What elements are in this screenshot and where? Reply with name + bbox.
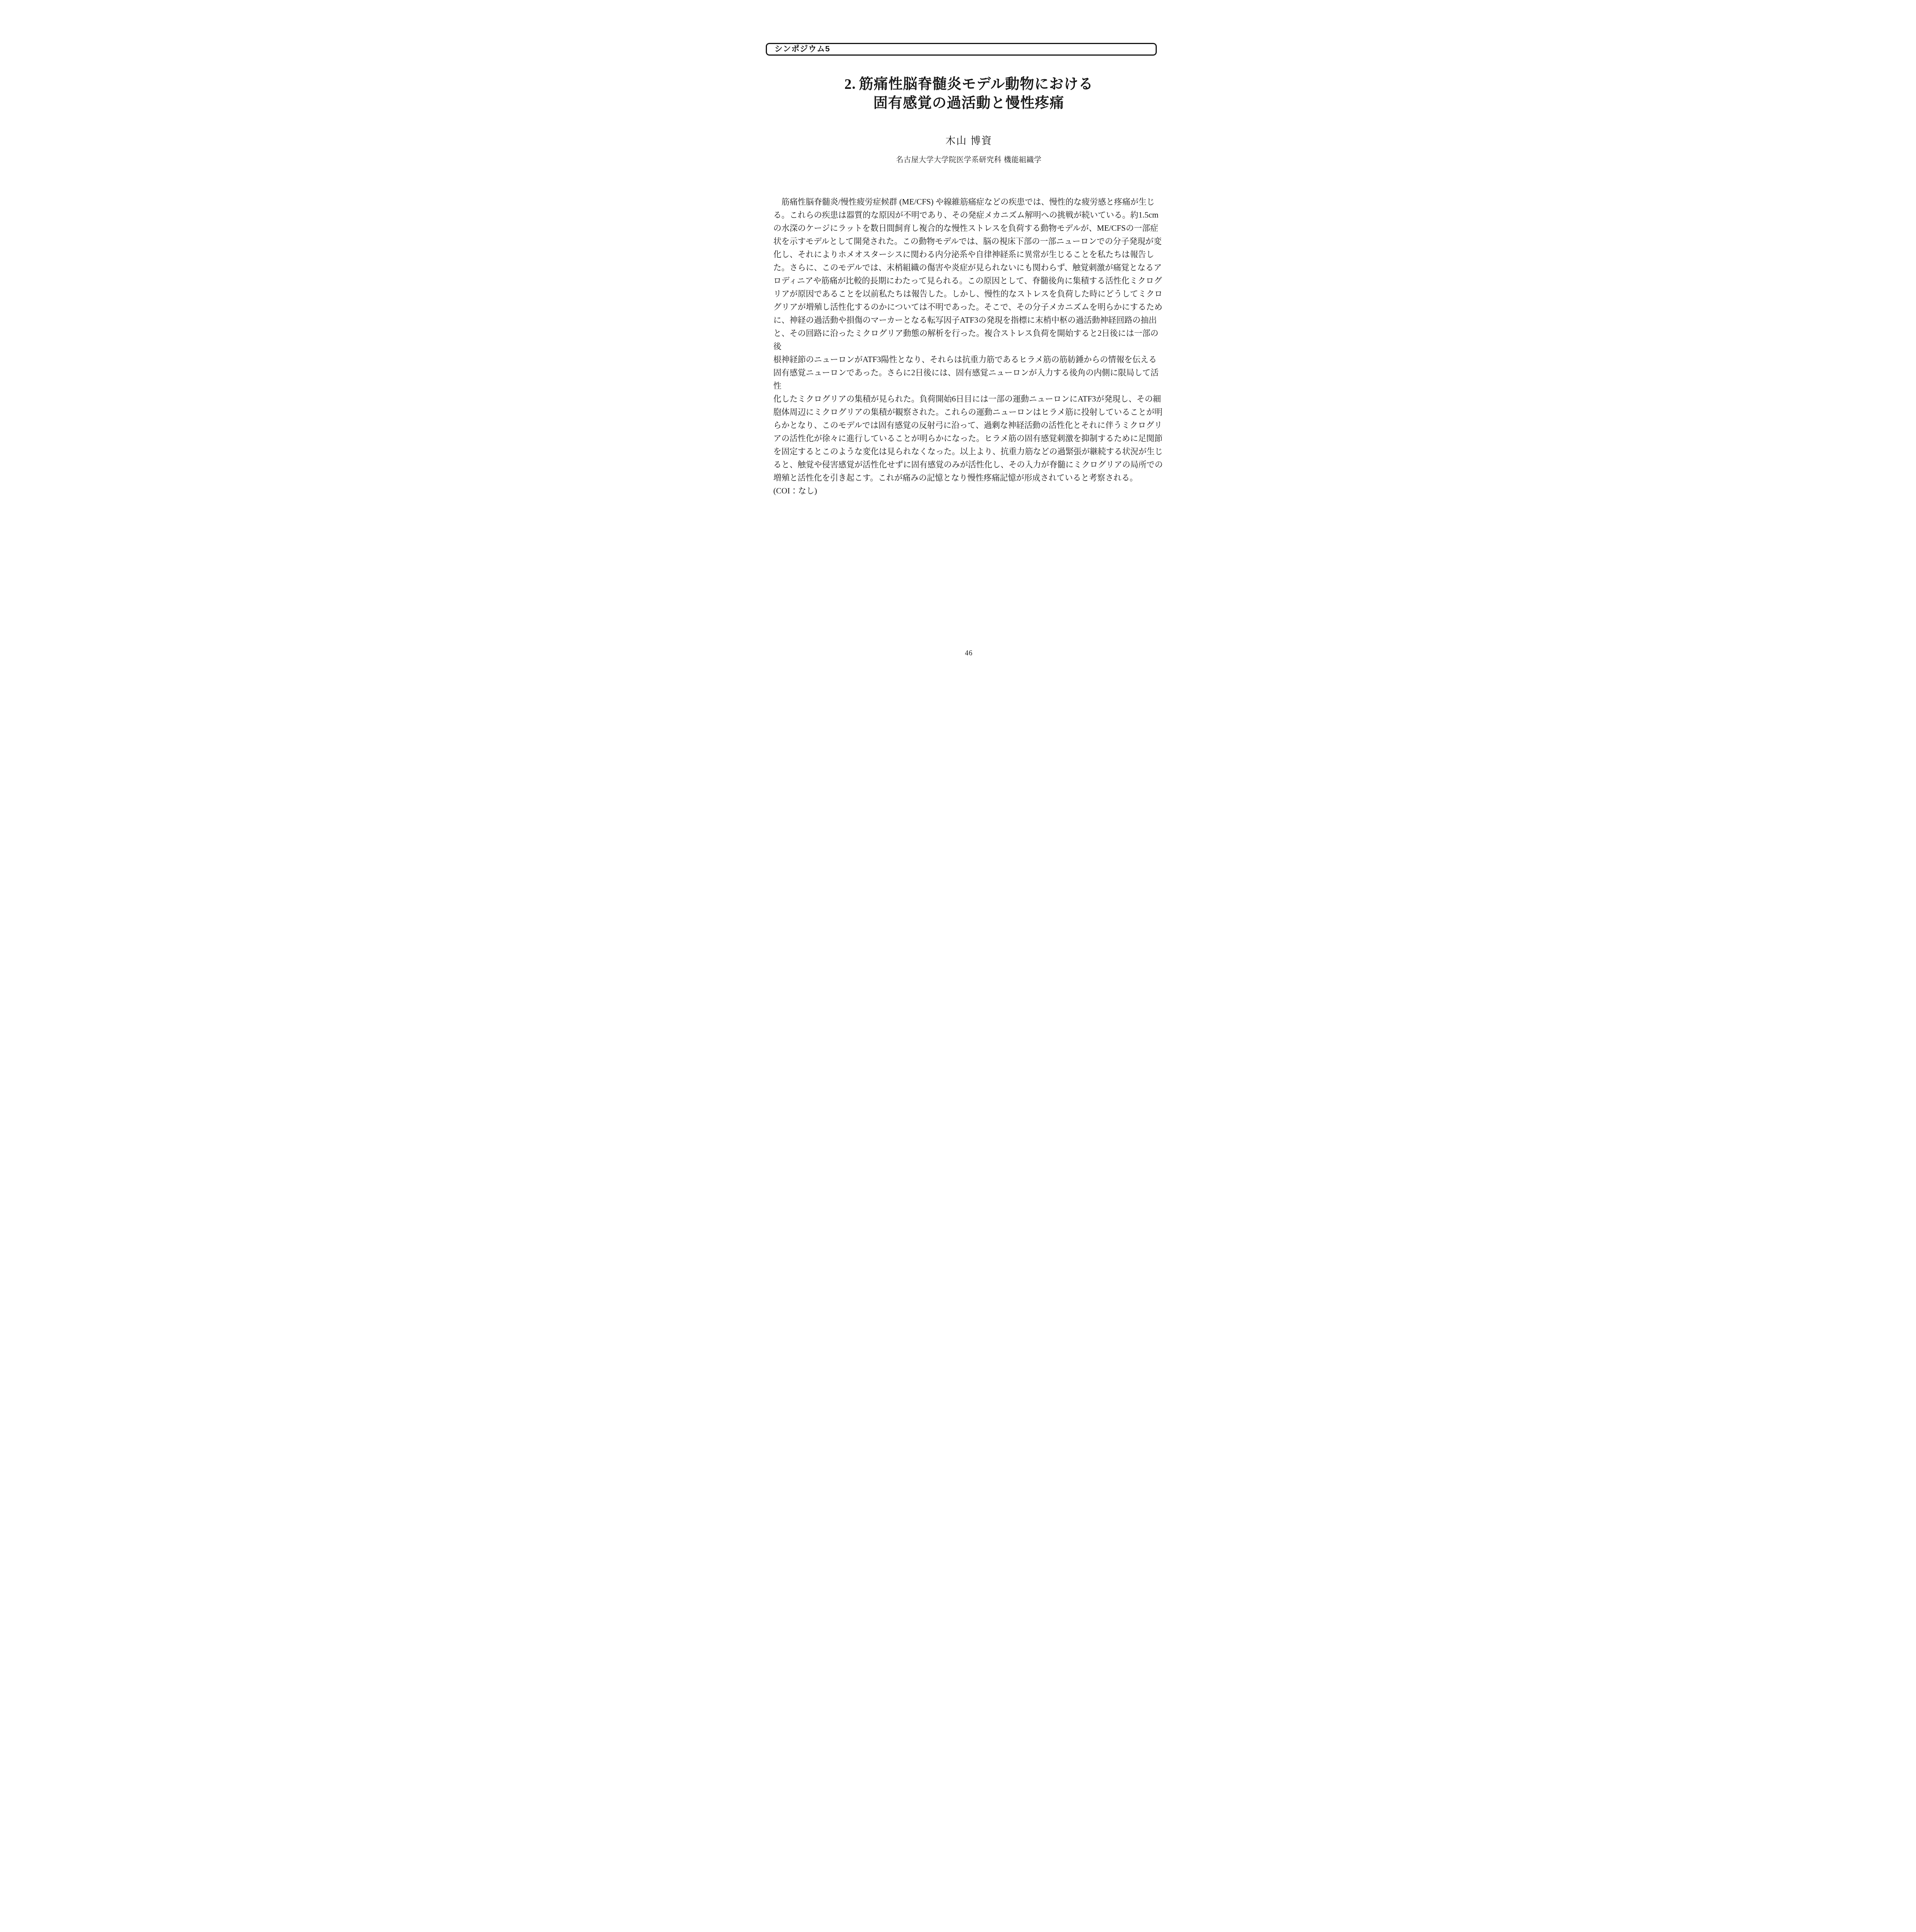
symposium-badge: シンポジウム5 bbox=[766, 43, 1157, 56]
abstract-text: 筋痛性脳脊髄炎/慢性疲労症候群 (ME/CFS) や線維筋痛症などの疾患では、慢… bbox=[774, 195, 1165, 484]
coi-note: (COI：なし) bbox=[774, 484, 1165, 497]
title-number: 2. bbox=[845, 77, 859, 92]
symposium-badge-label: シンポジウム5 bbox=[767, 45, 830, 53]
author-affiliation: 名古屋大学大学院医学系研究科 機能組織学 bbox=[774, 156, 1165, 165]
title-line-2: 固有感覚の過活動と慢性疼痛 bbox=[874, 95, 1064, 111]
author-name: 木山 博資 bbox=[774, 135, 1165, 147]
page-title: 2.筋痛性脳脊髄炎モデル動物における 固有感覚の過活動と慢性疼痛 bbox=[774, 75, 1165, 112]
abstract-page: シンポジウム5 2.筋痛性脳脊髄炎モデル動物における 固有感覚の過活動と慢性疼痛… bbox=[719, 0, 1198, 678]
abstract-block: 筋痛性脳脊髄炎/慢性疲労症候群 (ME/CFS) や線維筋痛症などの疾患では、慢… bbox=[774, 195, 1165, 497]
title-line-1: 2.筋痛性脳脊髄炎モデル動物における bbox=[845, 76, 1093, 92]
page-number: 46 bbox=[774, 649, 1165, 657]
title-line-1-text: 筋痛性脳脊髄炎モデル動物における bbox=[859, 76, 1093, 92]
